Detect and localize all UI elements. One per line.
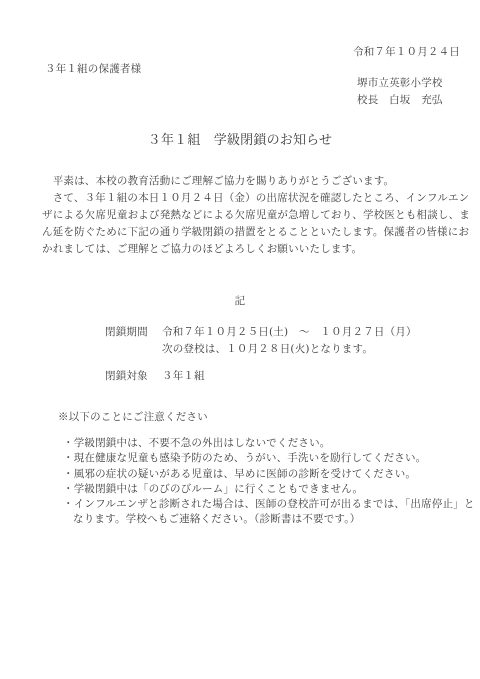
notes-list: ・学級閉鎖中は、不要不急の外出はしないでください。 ・現在健康な児童も感染予防の… (63, 436, 475, 528)
principal-name: 校長 白坂 充弘 (357, 92, 443, 109)
issue-date: 令和７年１０月２４日 (353, 44, 460, 59)
body-line-1: 平素は、本校の教育活動にご理解ご協力を賜りありがとうございます。 (42, 173, 448, 190)
closure-period-row: 閉鎖期間 令和７年１０月２５日(土) ～ １０月２７日（月） 次の登校は、１０月… (105, 324, 417, 358)
body-paragraphs: 平素は、本校の教育活動にご理解ご協力を賜りありがとうございます。 さて、３年１組… (42, 173, 448, 258)
school-notice-letter: 令和７年１０月２４日 ３年１組の保護者様 堺市立英彰小学校 校長 白坂 充弘 ３… (0, 0, 480, 679)
recipient-line: ３年１組の保護者様 (45, 61, 141, 76)
closure-period-value: 令和７年１０月２５日(土) ～ １０月２７日（月） 次の登校は、１０月２８日(火… (162, 324, 417, 358)
record-marker: 記 (0, 293, 480, 308)
school-name: 堺市立英彰小学校 (357, 75, 443, 92)
closure-target-class: ３年１組 (162, 368, 205, 385)
closure-target-row: 閉鎖対象 ３年１組 (105, 368, 417, 385)
body-line-4: ん延を防ぐために下記の通り学級閉鎖の措置をとることといたします。保護者の皆様にお (42, 224, 448, 241)
notes-header: ※以下のことにご注意ください (58, 409, 208, 424)
next-school-day: 次の登校は、１０月２８日(火)となります。 (162, 341, 417, 358)
closure-target-value: ３年１組 (162, 368, 205, 385)
sender-block: 堺市立英彰小学校 校長 白坂 充弘 (357, 75, 443, 109)
document-title: ３年１組 学級閉鎖のお知らせ (0, 129, 480, 148)
note-item-1: ・学級閉鎖中は、不要不急の外出はしないでください。 (63, 436, 475, 451)
note-item-4: ・学級閉鎖中は「のびのびルーム」に行くこともできません。 (63, 482, 475, 497)
note-item-2: ・現在健康な児童も感染予防のため、うがい、手洗いを励行してください。 (63, 451, 475, 466)
note-item-5-continuation: なります。学校へもご連絡ください。（診断書は不要です。） (63, 512, 475, 527)
closure-details: 閉鎖期間 令和７年１０月２５日(土) ～ １０月２７日（月） 次の登校は、１０月… (105, 324, 417, 385)
body-line-5: かれましては、ご理解とご協力のほどよろしくお願いいたします。 (42, 241, 448, 258)
note-item-5: ・インフルエンザと診断された場合は、医師の登校許可が出るまでは、「出席停止」と (63, 497, 475, 512)
closure-target-label: 閉鎖対象 (105, 368, 162, 385)
closure-period-label: 閉鎖期間 (105, 324, 162, 341)
body-line-3: ザによる欠席児童および発熱などによる欠席児童が急増しており、学校医とも相談し、ま (42, 207, 448, 224)
note-item-3: ・風邪の症状の疑いがある児童は、早めに医師の診断を受けてください。 (63, 467, 475, 482)
closure-period-dates: 令和７年１０月２５日(土) ～ １０月２７日（月） (162, 324, 417, 341)
body-line-2: さて、３年１組の本日１０月２４日（金）の出席状況を確認したところ、インフルエン (42, 190, 448, 207)
